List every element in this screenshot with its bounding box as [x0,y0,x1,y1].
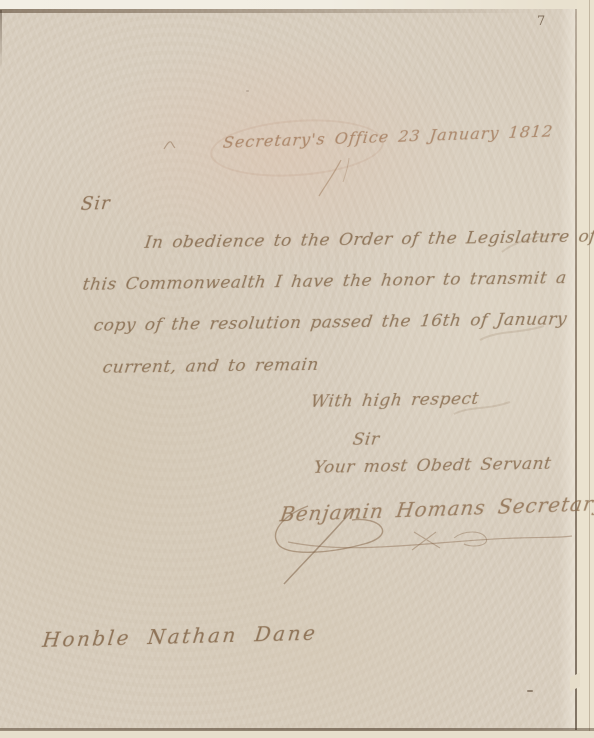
bleedthrough-mark [452,398,512,422]
paper-edge-top [0,9,594,13]
bleedthrough-mark [500,230,560,260]
dateline-descender-flourish [315,158,355,200]
paper-edge-left [0,10,2,70]
closing-servant: Your most Obedt Servant [313,454,553,478]
scan-backing-right [577,0,594,738]
scan-backing-right-line [589,0,590,738]
salutation: Sir [80,193,112,215]
closing-sir: Sir [352,430,381,451]
paper-edge-bottom [0,728,594,731]
paper-edge-right-highlight [559,9,575,730]
page-number: 7 [537,14,545,29]
scan-backing-bottom [0,731,594,738]
scanned-letter: 7 Secretary's Office 23 January 1812 Sir… [0,0,594,738]
ink-speck [527,690,533,692]
signature-flourish [268,498,578,598]
body-line: current, and to remain [101,355,320,378]
ink-speck [246,90,249,92]
ink-mark-caret [163,140,177,152]
paper-edge-right [575,9,577,730]
bleedthrough-mark [478,320,548,348]
